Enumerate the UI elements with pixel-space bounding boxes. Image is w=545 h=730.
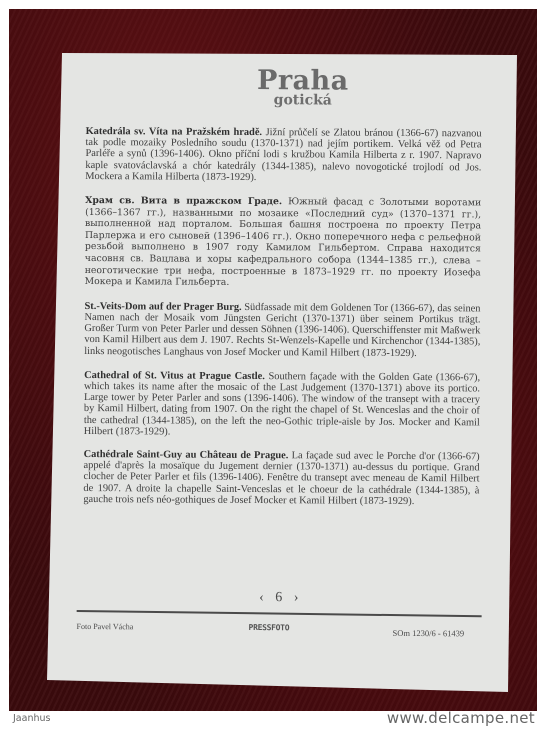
paragraph-english: Cathedral of St. Vitus at Prague Castle.… (84, 370, 480, 440)
seller-name: Jaanhus (13, 713, 50, 724)
paragraph-text: Southern façade with the Golden Gate (13… (84, 371, 480, 437)
paragraph-lead: Храм св. Вита в пражском Граде. (85, 195, 282, 207)
divider (77, 610, 482, 617)
paragraph-text: Южный фасад с Золотыми воротами (1366–13… (85, 196, 482, 288)
paragraph-lead: Katedrála sv. Víta na Pražském hradě. (86, 126, 263, 138)
paragraph-russian: Храм св. Вита в пражском Граде. Южный фа… (85, 195, 482, 290)
paragraph-lead: St.-Veits-Dom auf der Prager Burg. (84, 301, 241, 313)
paragraph-lead: Cathedral of St. Vitus at Prague Castle. (84, 370, 265, 382)
page-number: ‹ 6 › (83, 589, 479, 607)
postcard-content: Praha gotická Katedrála sv. Víta na Praž… (83, 66, 482, 507)
paragraph-french: Cathédrale Saint-Guy au Château de Pragu… (83, 449, 479, 507)
card-subtitle: gotická (124, 92, 482, 108)
paragraph-czech: Katedrála sv. Víta na Pražském hradě. Ji… (85, 126, 481, 184)
photographer-credit: Foto Pavel Vácha (77, 622, 134, 631)
paragraph-german: St.-Veits-Dom auf der Prager Burg. Südfa… (84, 301, 480, 359)
publisher-logo: PRESSFOTO (249, 623, 290, 632)
title-block: Praha gotická (124, 66, 482, 108)
site-watermark: www.delcampe.net (387, 709, 535, 727)
catalog-number: SOm 1230/6 - 61439 (393, 628, 465, 638)
postcard: Praha gotická Katedrála sv. Víta na Praž… (0, 0, 545, 730)
